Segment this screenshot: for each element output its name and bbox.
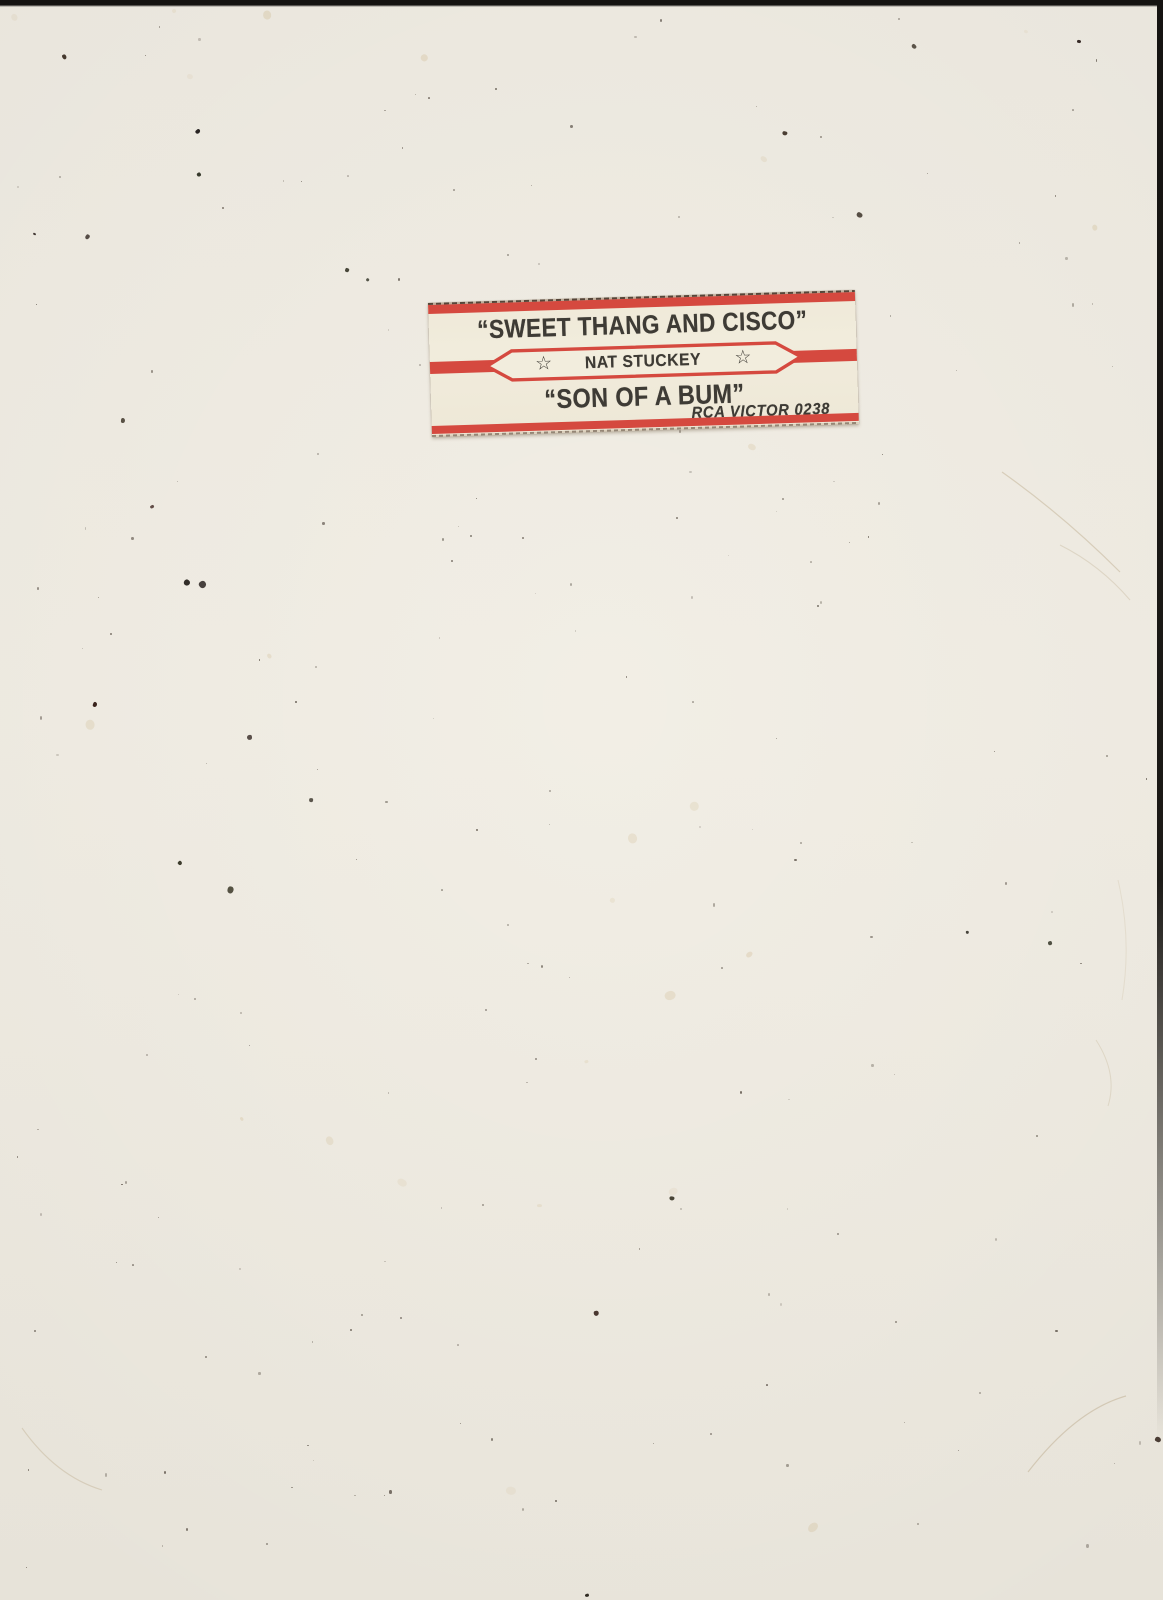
jukebox-title-strip: “SWEET THANG AND CISCO” ☆ NAT STUCKEY ☆ … <box>428 290 859 437</box>
star-icon: ☆ <box>535 354 553 374</box>
scan-edge-top <box>0 0 1163 7</box>
scan-edge-right <box>1157 0 1163 1600</box>
artist-name: NAT STUCKEY <box>585 350 702 374</box>
paper-scratches <box>0 0 1163 1600</box>
scanned-photo-backing-card: “SWEET THANG AND CISCO” ☆ NAT STUCKEY ☆ … <box>0 0 1163 1600</box>
star-icon: ☆ <box>734 348 752 368</box>
